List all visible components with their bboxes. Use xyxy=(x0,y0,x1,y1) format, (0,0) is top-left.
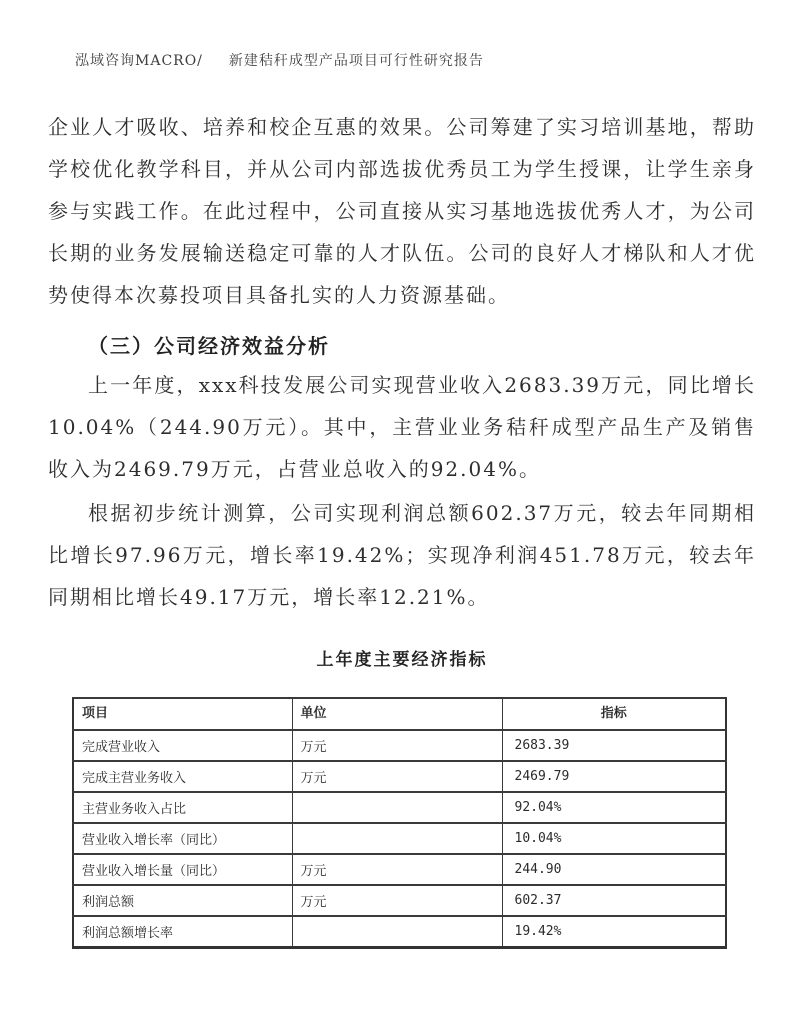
table-cell: 19.42% xyxy=(502,916,726,948)
table-cell xyxy=(292,916,502,948)
table-cell: 万元 xyxy=(292,761,502,792)
table-cell: 10.04% xyxy=(502,823,726,854)
table-row: 营业收入增长率（同比） 10.04% xyxy=(73,823,726,854)
paragraph-hr-foundation: 企业人才吸收、培养和校企互惠的效果。公司筹建了实习培训基地，帮助学校优化教学科目… xyxy=(48,106,756,316)
table-cell: 万元 xyxy=(292,854,502,885)
table-cell: 利润总额 xyxy=(73,885,292,916)
col-header-unit: 单位 xyxy=(292,698,502,730)
table-cell xyxy=(292,792,502,823)
table-row: 利润总额 万元 602.37 xyxy=(73,885,726,916)
table-row: 利润总额增长率 19.42% xyxy=(73,916,726,948)
table-cell: 主营业务收入占比 xyxy=(73,792,292,823)
section-heading-economic-benefit: （三）公司经济效益分析 xyxy=(48,325,756,367)
economic-indicators-table: 项目 单位 指标 完成营业收入 万元 2683.39 完成主营业务收入 万元 2… xyxy=(72,697,727,949)
table-row: 完成主营业务收入 万元 2469.79 xyxy=(73,761,726,792)
table-header-row: 项目 单位 指标 xyxy=(73,698,726,730)
table-cell: 602.37 xyxy=(502,885,726,916)
table-cell xyxy=(292,823,502,854)
table-cell: 利润总额增长率 xyxy=(73,916,292,948)
table-cell: 2469.79 xyxy=(502,761,726,792)
paragraph-profit: 根据初步统计测算，公司实现利润总额602.37万元，较去年同期相比增长97.96… xyxy=(48,492,756,618)
table-cell: 营业收入增长率（同比） xyxy=(73,823,292,854)
header-report-title: 新建秸秆成型产品项目可行性研究报告 xyxy=(229,53,484,69)
table-row: 营业收入增长量（同比） 万元 244.90 xyxy=(73,854,726,885)
table-cell: 完成营业收入 xyxy=(73,730,292,761)
table-row: 主营业务收入占比 92.04% xyxy=(73,792,726,823)
col-header-indicator: 指标 xyxy=(502,698,726,730)
paragraph-revenue: 上一年度，xxx科技发展公司实现营业收入2683.39万元，同比增长10.04%… xyxy=(48,364,756,490)
table-cell: 244.90 xyxy=(502,854,726,885)
table-cell: 营业收入增长量（同比） xyxy=(73,854,292,885)
table-cell: 万元 xyxy=(292,885,502,916)
table-cell: 2683.39 xyxy=(502,730,726,761)
table-cell: 完成主营业务收入 xyxy=(73,761,292,792)
table-cell: 92.04% xyxy=(502,792,726,823)
table-row: 完成营业收入 万元 2683.39 xyxy=(73,730,726,761)
col-header-item: 项目 xyxy=(73,698,292,730)
page-header: 泓域咨询MACRO/新建秸秆成型产品项目可行性研究报告 xyxy=(75,50,755,70)
table-cell: 万元 xyxy=(292,730,502,761)
document-page: 泓域咨询MACRO/新建秸秆成型产品项目可行性研究报告 企业人才吸收、培养和校企… xyxy=(0,0,800,1036)
table-title: 上年度主要经济指标 xyxy=(48,645,756,670)
header-brand: 泓域咨询MACRO/ xyxy=(75,53,203,69)
